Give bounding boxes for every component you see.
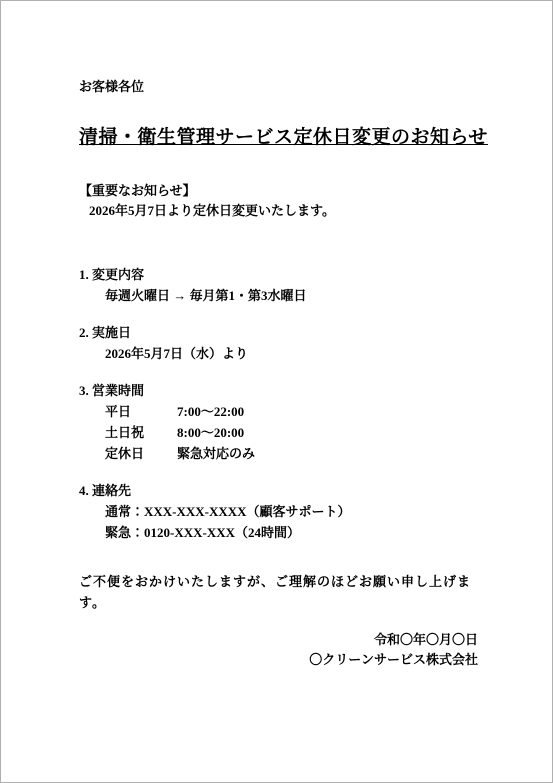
document-content: お客様各位 清掃・衛生管理サービス定休日変更のお知らせ 【重要なお知らせ】 20… [79,1,478,670]
hours-label-holiday: 定休日 [105,443,177,464]
document-title: 清掃・衛生管理サービス定休日変更のお知らせ [79,125,478,151]
hours-label-weekday: 平日 [105,401,177,422]
section-contact-heading: 4. 連絡先 [79,480,478,501]
section-change-details-line: 毎週火曜日 → 毎月第1・第3水曜日 [79,285,478,306]
contact-line-normal: 通常：XXX-XXX-XXXX（顧客サポート） [79,501,478,522]
section-change-details: 1. 変更内容 毎週火曜日 → 毎月第1・第3水曜日 [79,264,478,306]
closing-paragraph: ご不便をおかけいたしますが、ご理解のほどお願い申し上げます。 [79,571,478,613]
important-notice-heading: 【重要なお知らせ】 [79,181,478,201]
important-notice-body: 2026年5月7日より定休日変更いたします。 [79,201,478,221]
hours-row-weekday: 平日 7:00～22:00 [79,401,478,422]
contact-line-emergency: 緊急：0120-XXX-XXX（24時間） [79,522,478,543]
section-change-details-heading: 1. 変更内容 [79,264,478,285]
hours-row-weekend: 土日祝 8:00～20:00 [79,422,478,443]
section-effective-date-line: 2026年5月7日（水）より [79,343,478,364]
document-footer: 令和〇年〇月〇日 〇クリーンサービス株式会社 [79,630,478,670]
section-effective-date-heading: 2. 実施日 [79,322,478,343]
recipient-line: お客様各位 [79,79,478,94]
footer-company: 〇クリーンサービス株式会社 [79,650,478,670]
hours-value-weekend: 8:00～20:00 [177,422,244,443]
document-page: お客様各位 清掃・衛生管理サービス定休日変更のお知らせ 【重要なお知らせ】 20… [0,0,553,783]
section-effective-date: 2. 実施日 2026年5月7日（水）より [79,322,478,364]
hours-value-holiday: 緊急対応のみ [177,443,255,464]
section-business-hours: 3. 営業時間 平日 7:00～22:00 土日祝 8:00～20:00 定休日… [79,380,478,464]
section-list: 1. 変更内容 毎週火曜日 → 毎月第1・第3水曜日 2. 実施日 2026年5… [79,264,478,543]
hours-value-weekday: 7:00～22:00 [177,401,244,422]
important-notice: 【重要なお知らせ】 2026年5月7日より定休日変更いたします。 [79,181,478,221]
footer-date: 令和〇年〇月〇日 [79,630,478,650]
hours-label-weekend: 土日祝 [105,422,177,443]
section-business-hours-heading: 3. 営業時間 [79,380,478,401]
hours-row-holiday: 定休日 緊急対応のみ [79,443,478,464]
section-contact: 4. 連絡先 通常：XXX-XXX-XXXX（顧客サポート） 緊急：0120-X… [79,480,478,543]
